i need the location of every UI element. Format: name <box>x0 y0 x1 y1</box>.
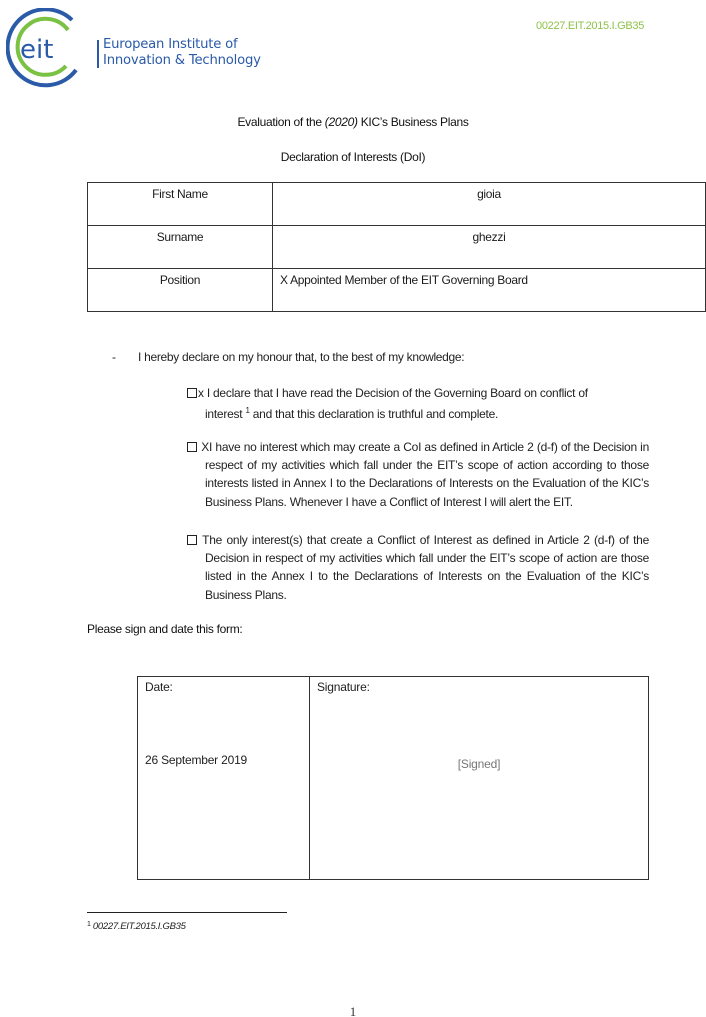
table-row: First Name gioia <box>88 183 706 226</box>
logo-wordmark: European Institute of Innovation & Techn… <box>103 37 261 68</box>
declaration-item-read-decision: x I declare that I have read the Decisio… <box>187 384 637 423</box>
signature-value: [Signed] <box>310 757 648 771</box>
title-year: (2020) <box>325 115 358 129</box>
document-subtitle: Declaration of Interests (DoI) <box>0 150 706 164</box>
surname-value: ghezzi <box>273 226 706 269</box>
logo-line-2: Innovation & Technology <box>103 53 261 69</box>
table-row: Surname ghezzi <box>88 226 706 269</box>
item-text: The only interest(s) that create a Confl… <box>198 533 649 602</box>
eit-logo-icon: eit <box>6 8 96 88</box>
document-title: Evaluation of the (2020) KIC’s Business … <box>0 115 706 129</box>
position-value: X Appointed Member of the EIT Governing … <box>273 269 706 312</box>
signature-table: Date: 26 September 2019 Signature: [Sign… <box>137 676 649 880</box>
item-text: and that this declaration is truthful an… <box>250 407 499 421</box>
item-text: interest <box>205 407 245 421</box>
sign-prompt: Please sign and date this form: <box>87 622 242 636</box>
declaration-item-no-interest: XI have no interest which may create a C… <box>187 438 649 511</box>
title-suffix: KIC’s Business Plans <box>358 115 469 129</box>
footnote-text: 00227.EIT.2015.I.GB35 <box>91 921 186 932</box>
signature-label: Signature: <box>317 680 370 694</box>
reference-code: 00227.EIT.2015.I.GB35 <box>536 20 644 32</box>
date-value: 26 September 2019 <box>145 753 247 767</box>
svg-text:eit: eit <box>20 35 53 65</box>
declaration-intro-text: I hereby declare on my honour that, to t… <box>138 350 464 364</box>
date-label: Date: <box>145 680 173 694</box>
checkbox-icon[interactable] <box>187 535 197 545</box>
checkbox-icon[interactable] <box>187 388 197 398</box>
bullet-dash: - <box>112 350 138 364</box>
item-text: I declare that I have read the Decision … <box>204 386 588 400</box>
signature-cell: Signature: [Signed] <box>310 677 648 879</box>
first-name-label: First Name <box>88 183 273 226</box>
title-prefix: Evaluation of the <box>237 115 324 129</box>
table-row: Position X Appointed Member of the EIT G… <box>88 269 706 312</box>
identity-table: First Name gioia Surname ghezzi Position… <box>87 182 706 312</box>
first-name-value: gioia <box>273 183 706 226</box>
footnote-separator <box>87 912 287 913</box>
surname-label: Surname <box>88 226 273 269</box>
checkbox-icon[interactable] <box>187 442 197 452</box>
item-text: XI have no interest which may create a C… <box>198 440 649 509</box>
eit-logo: eit European Institute of Innovation & T… <box>6 8 306 88</box>
logo-line-1: European Institute of <box>103 37 261 53</box>
date-cell: Date: 26 September 2019 <box>138 677 310 879</box>
position-label: Position <box>88 269 273 312</box>
declaration-item-listed-interests: The only interest(s) that create a Confl… <box>187 531 649 604</box>
page-number: 1 <box>0 1004 706 1017</box>
logo-divider <box>97 40 99 68</box>
declaration-intro: -I hereby declare on my honour that, to … <box>112 350 464 364</box>
footnote: 1 00227.EIT.2015.I.GB35 <box>87 921 186 932</box>
